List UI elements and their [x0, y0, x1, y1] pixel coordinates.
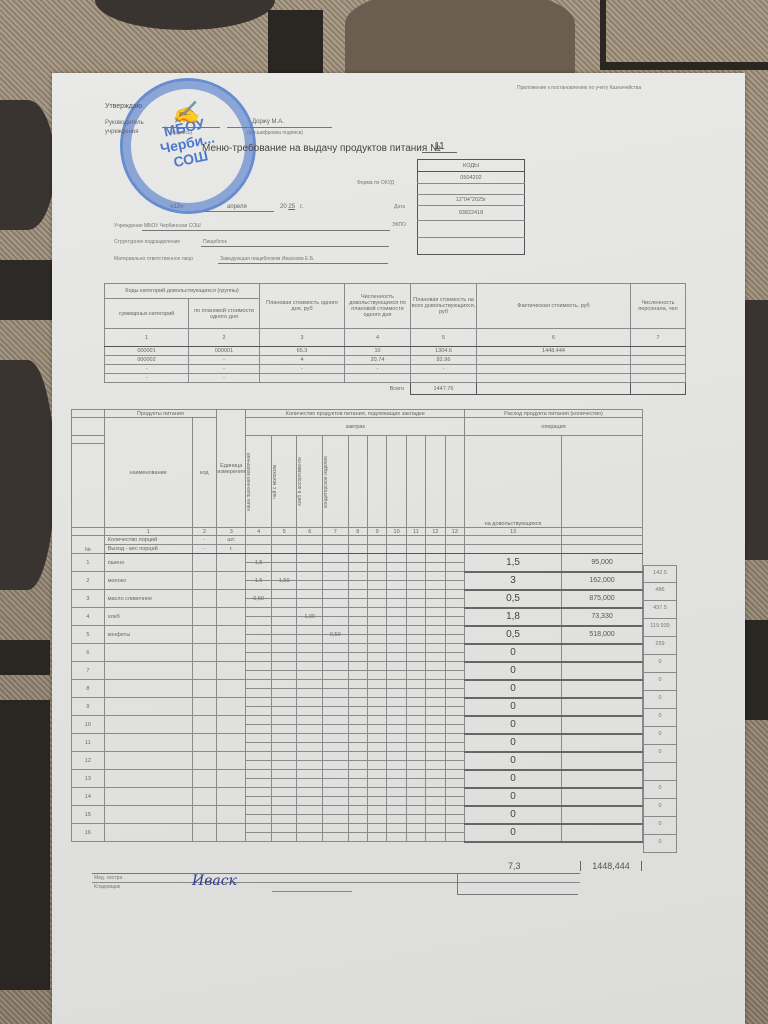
table-row: 130 — [72, 770, 643, 788]
product-cell: пшено — [104, 554, 192, 572]
product-cell — [192, 608, 217, 626]
product-cell — [562, 698, 643, 716]
product-cell — [426, 590, 445, 608]
codes-title: КОДЫ — [418, 160, 525, 172]
product-cell — [217, 770, 246, 788]
product-cell — [323, 554, 349, 572]
summary-total-value: 1447.76 — [411, 383, 477, 395]
product-cell — [367, 806, 386, 824]
product-cell — [104, 770, 192, 788]
product-cell — [217, 752, 246, 770]
table-row: 120 — [72, 752, 643, 770]
product-cell — [406, 752, 425, 770]
product-cell — [387, 554, 406, 572]
product-cell — [348, 824, 367, 842]
product-cell — [104, 716, 192, 734]
product-cell — [271, 806, 297, 824]
codes-okpo: 93822418 — [418, 206, 525, 221]
storekeeper-signature: Иваск — [192, 873, 237, 889]
product-cell — [426, 770, 445, 788]
head-label: Руководитель учреждения — [105, 119, 145, 137]
product-cell — [562, 716, 643, 734]
product-cell — [271, 662, 297, 680]
carpet-pattern — [268, 10, 323, 75]
product-cell — [217, 554, 246, 572]
product-cell: 8 — [72, 680, 105, 698]
table-row: 100 — [72, 716, 643, 734]
product-cell — [562, 644, 643, 662]
table-row: 140 — [72, 788, 643, 806]
product-cell — [406, 608, 425, 626]
product-cell — [445, 662, 464, 680]
product-cell — [445, 734, 464, 752]
product-cell — [323, 608, 349, 626]
product-cell — [445, 698, 464, 716]
product-cell — [367, 698, 386, 716]
product-cell — [348, 698, 367, 716]
product-cell — [246, 788, 272, 806]
product-cell — [192, 806, 217, 824]
product-cell — [104, 662, 192, 680]
product-cell — [445, 608, 464, 626]
product-cell — [348, 626, 367, 644]
column-number: 5 — [271, 528, 297, 536]
product-cell: хлеб — [104, 608, 192, 626]
table-row: 4хлеб1,001,873,330 — [72, 608, 643, 626]
product-cell — [406, 662, 425, 680]
weight-unit: г. — [217, 545, 246, 554]
product-cell: 0 — [465, 806, 562, 824]
product-cell: 15 — [72, 806, 105, 824]
summary-table: Коды категорий довольствующихся (группы)… — [104, 283, 686, 395]
product-cell — [348, 680, 367, 698]
product-cell — [104, 752, 192, 770]
product-cell — [297, 662, 323, 680]
product-cell — [348, 590, 367, 608]
column-number: 6 — [297, 528, 323, 536]
product-cell — [246, 662, 272, 680]
sign-label: (подпись) — [170, 130, 192, 136]
product-cell: 0 — [465, 752, 562, 770]
product-cell: конфеты — [104, 626, 192, 644]
summary-cell — [345, 374, 411, 383]
product-cell — [104, 680, 192, 698]
date-label: Дата — [394, 204, 405, 210]
product-cell — [297, 770, 323, 788]
products-table: Продукты питания Единица измерения Колич… — [71, 409, 643, 843]
table-row: 2молоко1.51,503162,000 — [72, 572, 643, 590]
okud-label: Форма по ОКУД — [357, 180, 394, 186]
product-cell — [426, 680, 445, 698]
document-title: Меню-требование на выдачу продуктов пита… — [202, 143, 441, 154]
responsible-label: Материально ответственное лицо — [114, 256, 193, 262]
column-number: 6 — [477, 329, 631, 347]
row-sum: 0 — [643, 673, 677, 691]
product-cell — [297, 752, 323, 770]
product-cell — [323, 824, 349, 842]
table-row: 90 — [72, 698, 643, 716]
product-cell — [192, 734, 217, 752]
product-cell: 10 — [72, 716, 105, 734]
product-cell: 1,50 — [271, 572, 297, 590]
product-cell — [562, 680, 643, 698]
product-cell — [246, 752, 272, 770]
product-cell — [387, 824, 406, 842]
product-cell — [406, 734, 425, 752]
product-cell — [246, 806, 272, 824]
product-cell — [348, 572, 367, 590]
product-cell — [406, 806, 425, 824]
product-cell — [297, 716, 323, 734]
product-cell — [426, 554, 445, 572]
product-cell: 0 — [465, 662, 562, 680]
product-cell — [271, 608, 297, 626]
row-sum: 259 — [643, 637, 677, 655]
product-cell — [445, 752, 464, 770]
division-value: Пищеблок — [203, 239, 227, 245]
product-cell — [562, 806, 643, 824]
product-cell: молоко — [104, 572, 192, 590]
product-cell — [192, 752, 217, 770]
row-sum: 0 — [643, 745, 677, 763]
portions-label: Количество порций — [104, 536, 192, 545]
product-cell: 73,330 — [562, 608, 643, 626]
summary-cell — [477, 356, 631, 365]
product-cell — [387, 752, 406, 770]
row-sum: 0 — [643, 727, 677, 745]
product-cell — [323, 698, 349, 716]
product-cell — [271, 644, 297, 662]
product-cell: 16 — [72, 824, 105, 842]
product-cell — [246, 734, 272, 752]
product-cell: 1,8 — [465, 608, 562, 626]
product-cell — [323, 662, 349, 680]
product-cell — [445, 824, 464, 842]
product-cell — [367, 626, 386, 644]
summary-cell — [631, 356, 686, 365]
summary-cell: - — [260, 365, 345, 374]
sum-column: 142.5486437.5119.9392590000000000 — [643, 565, 677, 853]
product-cell: 0 — [465, 770, 562, 788]
column-number: 10 — [387, 528, 406, 536]
codes-date: 12"04"2025г — [418, 195, 525, 206]
carpet-pattern — [745, 300, 768, 560]
product-cell: 875,000 — [562, 590, 643, 608]
product-cell — [297, 572, 323, 590]
summary-cell: - — [105, 374, 189, 383]
product-cell — [348, 554, 367, 572]
column-number: 2 — [189, 329, 260, 347]
product-cell — [426, 626, 445, 644]
product-cell — [323, 590, 349, 608]
product-cell: 3 — [72, 590, 105, 608]
summary-cell: 20.74 — [345, 356, 411, 365]
col-header-by-plan: по плановой стоимости одного дня — [189, 299, 260, 329]
product-cell — [367, 644, 386, 662]
product-cell — [104, 788, 192, 806]
product-cell — [323, 644, 349, 662]
product-cell — [348, 716, 367, 734]
row-sum: 119.939 — [643, 619, 677, 637]
col-header-codes-group: Коды категорий довольствующихся (группы) — [105, 284, 260, 299]
product-cell: 0,5 — [465, 626, 562, 644]
summary-cell — [477, 365, 631, 374]
col-header-plan-total: Плановая стоимость на всех довольствующи… — [411, 284, 477, 329]
product-cell: 518,000 — [562, 626, 643, 644]
product-cell — [445, 644, 464, 662]
summary-cell: - — [189, 365, 260, 374]
product-cell — [367, 752, 386, 770]
product-cell — [297, 626, 323, 644]
institution-label: Учреждение — [114, 223, 143, 229]
product-cell: 162,000 — [562, 572, 643, 590]
summary-cell: 1448.444 — [477, 347, 631, 356]
product-cell — [271, 788, 297, 806]
product-cell — [445, 554, 464, 572]
product-cell — [367, 554, 386, 572]
product-cell — [445, 590, 464, 608]
product-cell — [406, 770, 425, 788]
product-cell — [323, 806, 349, 824]
product-cell — [271, 626, 297, 644]
carpet-pattern — [745, 620, 768, 720]
summary-cell: 10 — [345, 347, 411, 356]
summary-cell: - — [105, 365, 189, 374]
grand-total-sum: 1448,444 — [580, 861, 642, 871]
product-cell — [406, 788, 425, 806]
summary-cell: 000001 — [105, 347, 189, 356]
institution-value: МБОУ Чербинская СОШ — [144, 223, 201, 229]
carpet-pattern — [600, 0, 606, 70]
product-cell: 0 — [465, 716, 562, 734]
codes-table: КОДЫ 0504202 12"04"2025г 93822418 — [417, 159, 525, 255]
product-cell: 14 — [72, 788, 105, 806]
product-cell — [297, 590, 323, 608]
summary-cell: 65.3 — [260, 347, 345, 356]
product-cell — [406, 824, 425, 842]
product-cell — [192, 662, 217, 680]
per-subject-label: на довольствующихся — [465, 521, 561, 527]
summary-cell: 000002 — [105, 356, 189, 365]
product-cell — [426, 608, 445, 626]
product-cell — [348, 806, 367, 824]
col-header-code: код — [192, 418, 217, 528]
product-cell — [367, 770, 386, 788]
summary-total-label: Всего — [105, 383, 411, 395]
row-sum: 0 — [643, 655, 677, 673]
product-cell: 1,5 — [246, 554, 272, 572]
carpet-pattern — [600, 62, 768, 70]
product-cell — [387, 716, 406, 734]
product-cell — [426, 806, 445, 824]
carpet-pattern — [0, 260, 55, 320]
product-cell — [406, 626, 425, 644]
product-cell — [297, 824, 323, 842]
product-cell — [192, 644, 217, 662]
product-cell — [348, 734, 367, 752]
row-sum: 0 — [643, 835, 677, 853]
product-cell: 4 — [72, 608, 105, 626]
product-cell — [348, 770, 367, 788]
column-number: 5 — [411, 329, 477, 347]
product-cell — [323, 752, 349, 770]
table-row: 00000100000165.3101304.61448.444 — [105, 347, 686, 356]
col-header-unit: Единица измерения — [217, 410, 246, 528]
product-cell: 0 — [465, 734, 562, 752]
portions-unit: шт. — [217, 536, 246, 545]
product-cell — [426, 698, 445, 716]
product-cell — [406, 680, 425, 698]
product-cell — [104, 734, 192, 752]
meal-header: завтрак — [246, 418, 465, 436]
product-cell — [323, 716, 349, 734]
product-cell — [246, 680, 272, 698]
summary-cell — [477, 374, 631, 383]
carpet-pattern — [0, 700, 50, 990]
product-cell — [217, 734, 246, 752]
product-cell — [217, 824, 246, 842]
product-cell — [387, 806, 406, 824]
product-cell — [297, 680, 323, 698]
column-number: 1 — [104, 528, 192, 536]
table-row: 1пшено1,51,595,000 — [72, 554, 643, 572]
product-cell: 0 — [465, 680, 562, 698]
date-year: 20 25 г. — [280, 204, 303, 210]
product-cell: 0,50 — [323, 626, 349, 644]
product-cell: 7 — [72, 662, 105, 680]
table-row: 80 — [72, 680, 643, 698]
column-number: 3 — [217, 528, 246, 536]
product-cell — [387, 572, 406, 590]
name-label: (расшифровка подписи) — [247, 130, 303, 136]
product-cell — [271, 824, 297, 842]
table-row: 70 — [72, 662, 643, 680]
product-cell — [192, 554, 217, 572]
product-cell — [445, 680, 464, 698]
product-cell — [271, 554, 297, 572]
row-sum — [643, 763, 677, 781]
product-cell — [562, 770, 643, 788]
product-cell — [271, 590, 297, 608]
signatures-block: Мед. сестра Кладовщик — [92, 873, 580, 894]
column-number: 11 — [406, 528, 425, 536]
product-cell — [348, 752, 367, 770]
product-cell: 9 — [72, 698, 105, 716]
product-cell — [271, 752, 297, 770]
col-header-staff: Численность персонала, чел — [631, 284, 686, 329]
product-cell — [246, 824, 272, 842]
product-cell — [562, 752, 643, 770]
approve-label: Утверждаю — [105, 103, 142, 110]
product-cell: 95,000 — [562, 554, 643, 572]
product-cell — [246, 626, 272, 644]
col-header-sum-cat: суммарных категорий — [105, 299, 189, 329]
product-cell — [387, 590, 406, 608]
column-number: 4 — [345, 329, 411, 347]
product-cell — [445, 770, 464, 788]
product-cell — [426, 734, 445, 752]
product-cell: 0 — [465, 644, 562, 662]
product-cell: 12 — [72, 752, 105, 770]
product-cell: 1 — [72, 554, 105, 572]
product-cell: 11 — [72, 734, 105, 752]
product-cell — [387, 662, 406, 680]
dish-header: чай с молоком — [272, 465, 278, 499]
product-cell: масло сливочное — [104, 590, 192, 608]
product-cell — [406, 716, 425, 734]
summary-cell: 1304.6 — [411, 347, 477, 356]
product-cell — [246, 698, 272, 716]
date-day: «12» — [170, 204, 183, 210]
top-note: Приложение к постановлению по учету Казн… — [517, 85, 641, 91]
row-sum: 0 — [643, 691, 677, 709]
product-cell — [348, 608, 367, 626]
col-header-operation: операция — [465, 418, 643, 436]
summary-cell — [260, 374, 345, 383]
product-cell — [445, 788, 464, 806]
product-cell — [406, 554, 425, 572]
column-number: 7 — [323, 528, 349, 536]
column-number: 7 — [631, 329, 686, 347]
carpet-pattern — [345, 0, 575, 75]
table-row: 60 — [72, 644, 643, 662]
product-cell — [562, 824, 643, 842]
carpet-pattern — [95, 0, 275, 30]
product-cell — [104, 824, 192, 842]
dish-header: каша пшенная молочная — [246, 453, 252, 511]
row-sum: 0 — [643, 817, 677, 835]
document-number: 11 — [422, 141, 457, 153]
product-cell — [367, 824, 386, 842]
col-header-qty: Количество продуктов питания, подлежащих… — [246, 410, 465, 418]
product-cell — [367, 572, 386, 590]
product-cell — [426, 716, 445, 734]
product-cell — [297, 806, 323, 824]
product-cell — [217, 626, 246, 644]
product-cell — [104, 644, 192, 662]
product-cell — [387, 626, 406, 644]
product-cell — [387, 608, 406, 626]
col-header-name: наименование — [104, 418, 192, 528]
product-cell — [406, 590, 425, 608]
document-sheet: Приложение к постановлению по учету Казн… — [52, 73, 745, 1024]
product-cell — [192, 716, 217, 734]
summary-cell: - — [189, 356, 260, 365]
column-number: 9 — [367, 528, 386, 536]
date-month: апреля — [227, 204, 247, 210]
product-cell — [297, 734, 323, 752]
col-header-expense: Расход продукта питания (количество) — [465, 410, 643, 418]
product-cell — [367, 590, 386, 608]
product-cell: 1,00 — [297, 608, 323, 626]
product-cell — [192, 590, 217, 608]
row-sum: 437.5 — [643, 601, 677, 619]
product-cell — [192, 824, 217, 842]
product-cell — [217, 788, 246, 806]
product-cell — [426, 662, 445, 680]
product-cell — [387, 698, 406, 716]
product-cell — [271, 770, 297, 788]
product-cell: 1.5 — [246, 572, 272, 590]
product-cell — [323, 770, 349, 788]
col-header-count: Численность довольствующихся по плановой… — [345, 284, 411, 329]
col-header-no: № — [72, 536, 105, 554]
row-sum: 0 — [643, 709, 677, 727]
carpet-pattern — [0, 640, 50, 675]
summary-cell: 4 — [260, 356, 345, 365]
product-cell: 0 — [465, 824, 562, 842]
product-cell — [406, 572, 425, 590]
